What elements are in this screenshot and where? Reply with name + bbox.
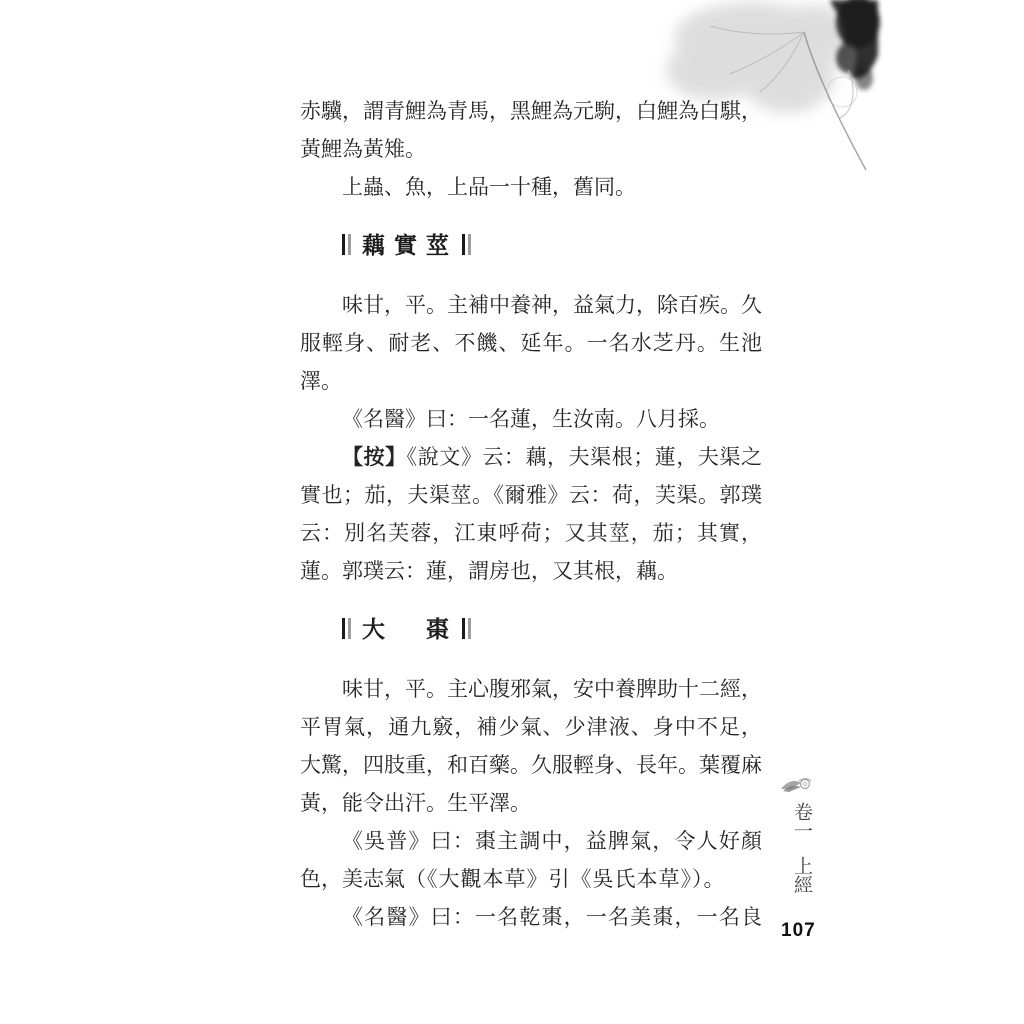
section-label: 上經 bbox=[789, 856, 816, 894]
text-line: 黃鯉為黃雉。 bbox=[300, 130, 762, 168]
heading-bar-marker bbox=[342, 618, 351, 639]
text-line: 赤驥，謂青鯉為青馬，黑鯉為元駒，白鯉為白騏， bbox=[300, 92, 762, 130]
text-line: 云：別名芙蓉，江東呼荷；又其莖，茄；其實， bbox=[300, 514, 762, 552]
text-line: 味甘，平。主補中養神，益氣力，除百疾。久 bbox=[300, 286, 762, 324]
text-line: 實也；茄，夫渠莖。《爾雅》云：荷，芙渠。郭璞 bbox=[300, 476, 762, 514]
page-margin-column: 卷一上經 107 bbox=[779, 776, 823, 942]
page-number: 107 bbox=[781, 920, 823, 942]
running-title: 卷一上經 bbox=[789, 802, 816, 910]
text-line: 大驚，四肢重，和百藥。久服輕身、長年。葉覆麻 bbox=[300, 746, 762, 784]
section-heading-lotus: 藕實莖 bbox=[300, 226, 762, 266]
text-line: 平胃氣，通九竅，補少氣、少津液、身中不足， bbox=[300, 708, 762, 746]
text-line: 上蟲、魚，上品一十種，舊同。 bbox=[300, 168, 762, 206]
book-page: 赤驥，謂青鯉為青馬，黑鯉為元駒，白鯉為白騏， 黃鯉為黃雉。 上蟲、魚，上品一十種… bbox=[0, 0, 1024, 1024]
text-line: 《名醫》曰：一名乾棗，一名美棗，一名良 bbox=[300, 898, 762, 936]
section-title: 大 棗 bbox=[362, 616, 458, 643]
text-line: 服輕身、耐老、不饑、延年。一名水芝丹。生池 bbox=[300, 324, 762, 362]
text-line: 《吳普》曰：棗主調中，益脾氣，令人好顏 bbox=[300, 822, 762, 860]
editor-note-marker: 【按】 bbox=[342, 444, 407, 469]
text-line: 色，美志氣（《大觀本草》引《吳氏本草》）。 bbox=[300, 860, 762, 898]
section-title: 藕實莖 bbox=[362, 232, 458, 259]
text-line: 【按】《說文》云：藕，夫渠根；蓮，夫渠之 bbox=[300, 438, 762, 476]
heading-bar-marker bbox=[462, 618, 471, 639]
text-segment: 色，美志氣 bbox=[300, 867, 405, 891]
heading-bar-marker bbox=[462, 234, 471, 255]
text-line: 《名醫》曰：一名蓮，生汝南。八月採。 bbox=[300, 400, 762, 438]
text-line: 味甘，平。主心腹邪氣，安中養脾助十二經， bbox=[300, 670, 762, 708]
body-text-column: 赤驥，謂青鯉為青馬，黑鯉為元駒，白鯉為白騏， 黃鯉為黃雉。 上蟲、魚，上品一十種… bbox=[300, 92, 762, 936]
text-segment: 《說文》云：藕，夫渠根；蓮，夫渠之 bbox=[407, 445, 762, 469]
text-line: 蓮。郭璞云：蓮，謂房也，又其根，藕。 bbox=[300, 552, 762, 590]
heading-bar-marker bbox=[342, 234, 351, 255]
citation-segment: （《大觀本草》引《吳氏本草》）。 bbox=[405, 867, 726, 891]
volume-label: 卷一 bbox=[791, 802, 813, 840]
text-line: 澤。 bbox=[300, 362, 762, 400]
section-heading-jujube: 大 棗 bbox=[300, 610, 762, 650]
leaf-flourish-icon bbox=[779, 776, 813, 796]
text-line: 黃，能令出汗。生平澤。 bbox=[300, 784, 762, 822]
